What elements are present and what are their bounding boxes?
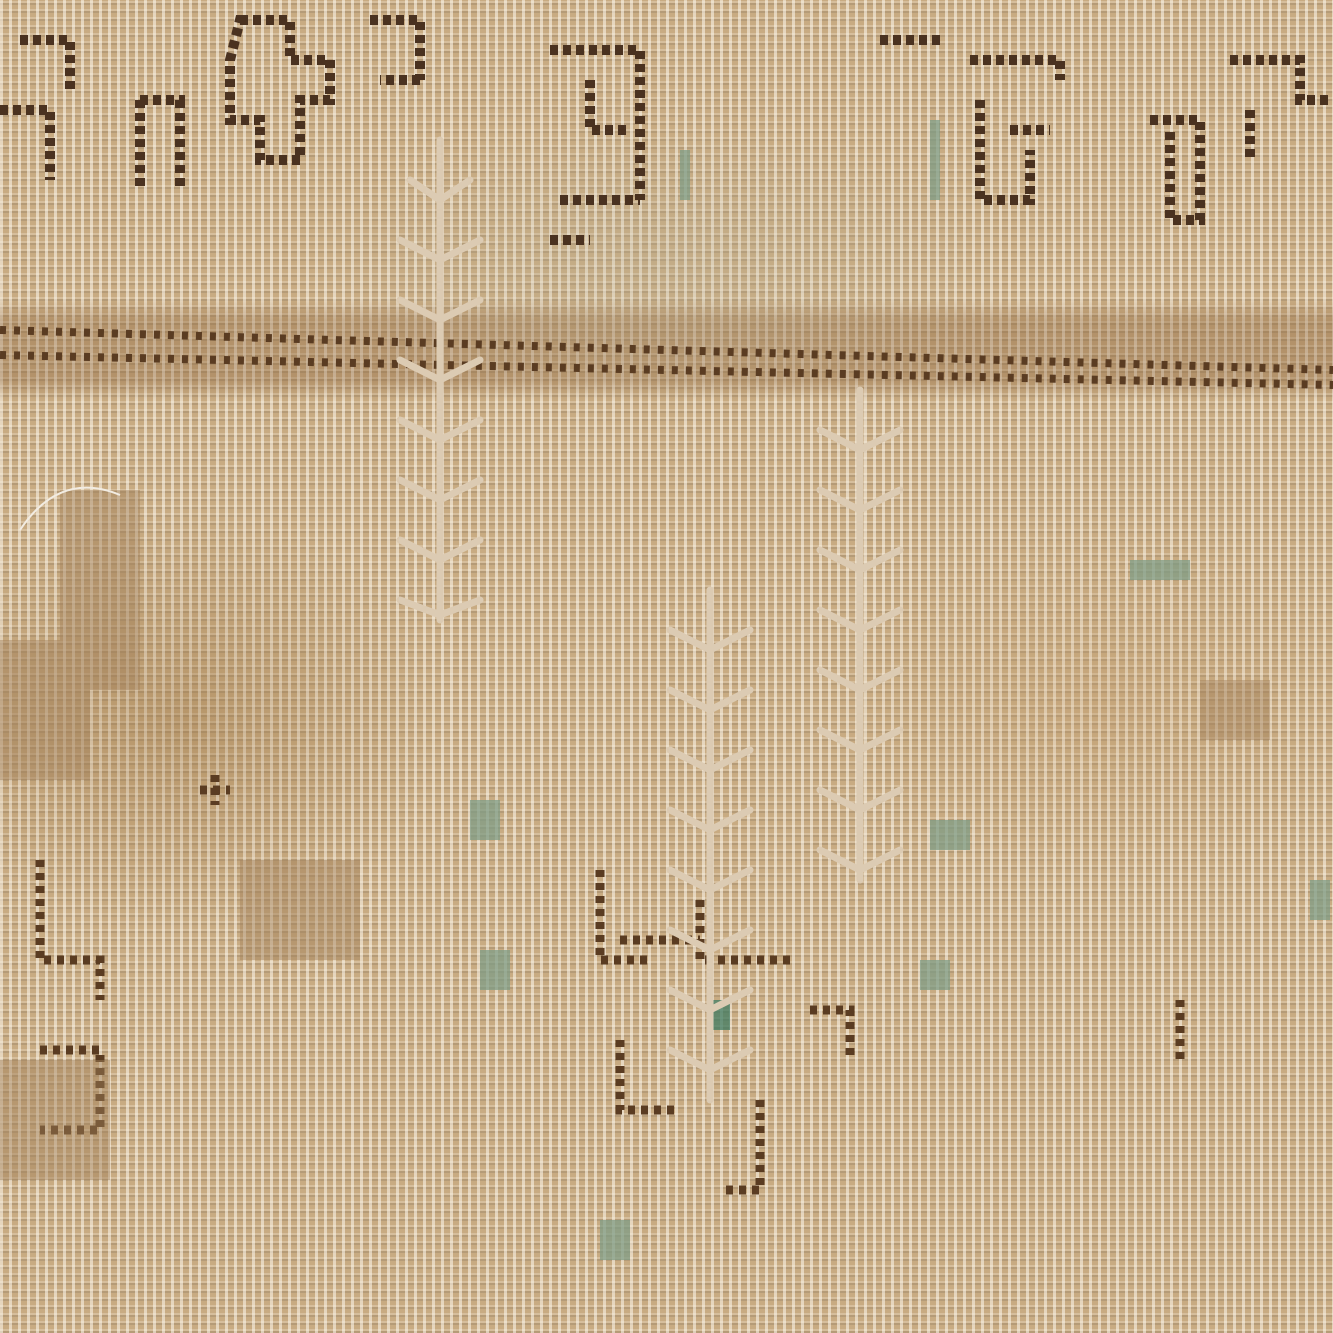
rug-motifs <box>0 0 1333 1333</box>
border-band <box>0 330 1333 385</box>
top-motifs <box>0 20 1330 240</box>
field-motifs <box>40 775 1180 1190</box>
faded-shapes <box>0 490 1270 1180</box>
rug-photo <box>0 0 1333 1333</box>
repair-stitches <box>400 140 900 1100</box>
